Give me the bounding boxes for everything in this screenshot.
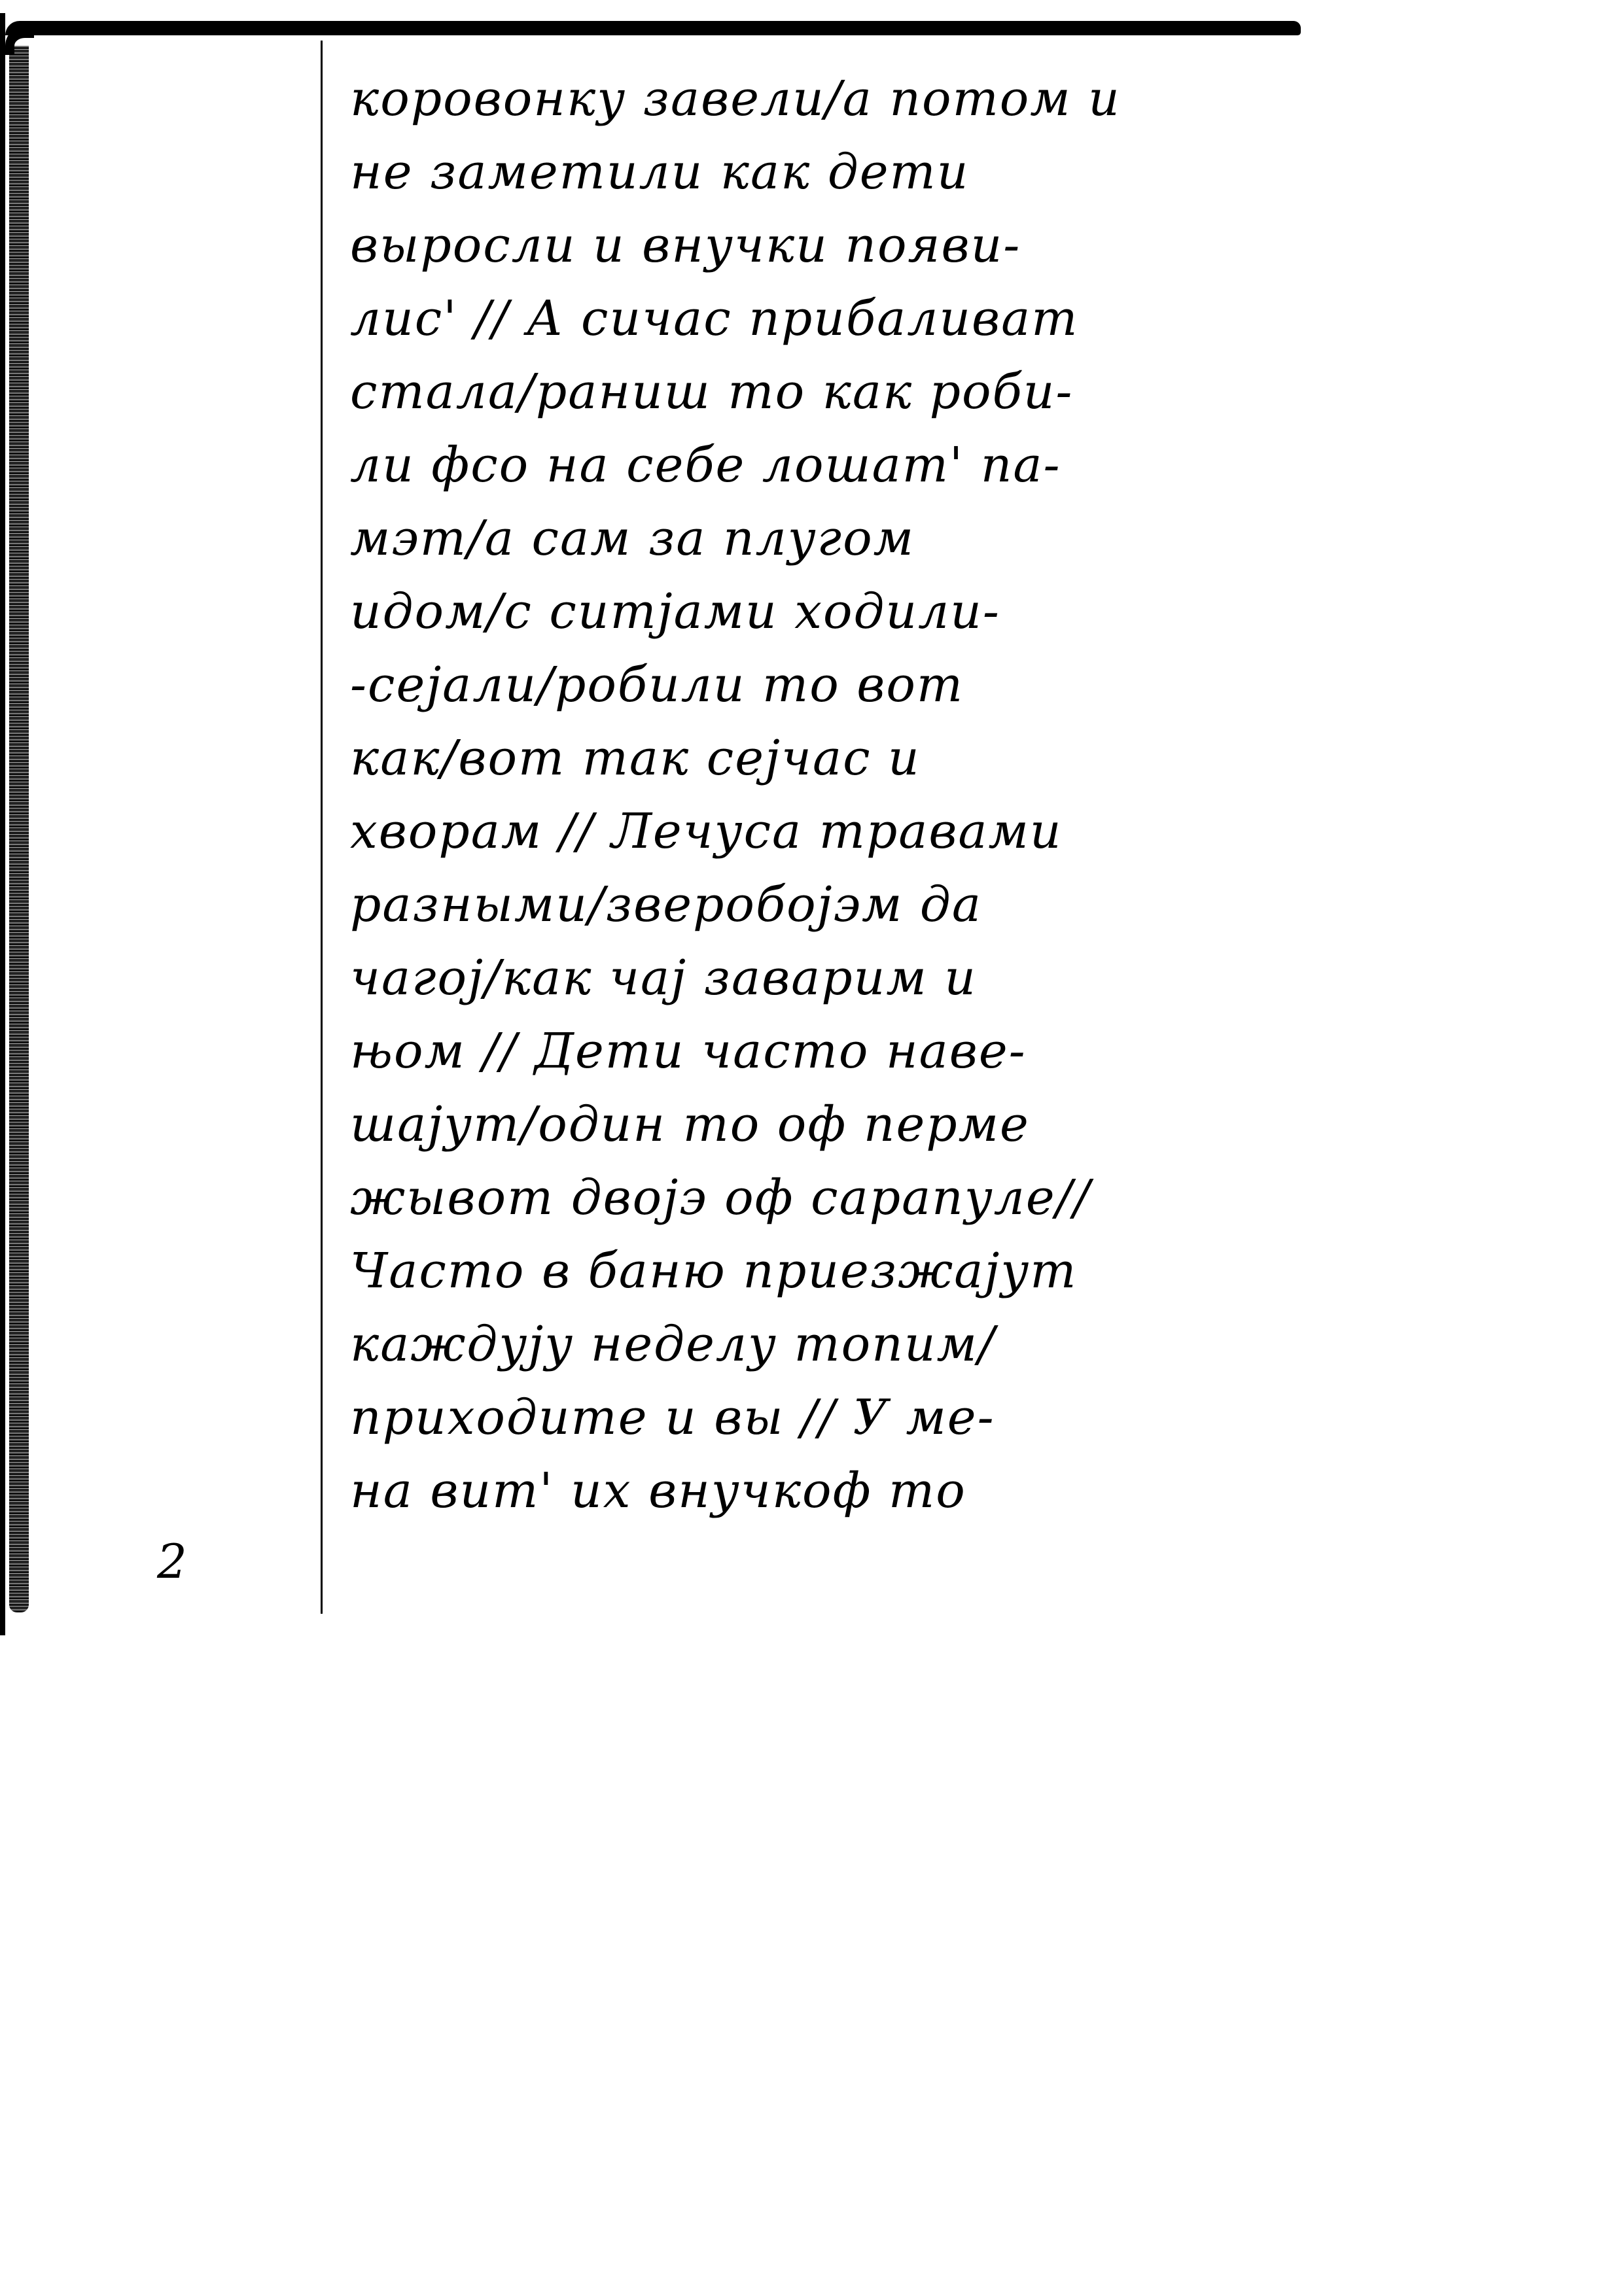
- text-line: ли фсо на себе лошат' па-: [350, 428, 1305, 502]
- text-line: коровонку завели/а потом и: [350, 62, 1305, 135]
- text-line: выросли и внучки появи-: [350, 209, 1305, 282]
- text-line: стала/раниш то как роби-: [350, 355, 1305, 428]
- text-line: хворам // Лечуса травами: [350, 795, 1305, 868]
- page-number: 2: [157, 1534, 187, 1589]
- text-line: идом/с ситјами ходили-: [350, 575, 1305, 648]
- text-line: приходите и вы // У ме-: [350, 1381, 1305, 1454]
- text-line: лис' // А сичас прибаливат: [350, 282, 1305, 355]
- text-line: -сејали/робили то вот: [350, 648, 1305, 722]
- text-line: жывот двојэ оф сарапуле//: [350, 1161, 1305, 1234]
- text-line: каждују неделу топим/: [350, 1308, 1305, 1381]
- text-line: разными/зверобојэм да: [350, 868, 1305, 941]
- binding-strip: [9, 46, 29, 1612]
- top-border: [5, 21, 1301, 35]
- text-line: чагој/как чај заварим и: [350, 941, 1305, 1015]
- text-line: шајут/один то оф перме: [350, 1088, 1305, 1161]
- margin-line: [321, 41, 323, 1614]
- text-line: њом // Дети часто наве-: [350, 1015, 1305, 1088]
- handwritten-text: коровонку завели/а потом и не заметили к…: [350, 62, 1305, 1527]
- text-line: мэт/а сам за плугом: [350, 502, 1305, 575]
- text-line: не заметили как дети: [350, 135, 1305, 209]
- binding-edge: [0, 13, 5, 1635]
- text-line: как/вот так сејчас и: [350, 722, 1305, 795]
- text-line: на вит' их внучкоф то: [350, 1454, 1305, 1527]
- text-line: Часто в баню приезжајут: [350, 1234, 1305, 1308]
